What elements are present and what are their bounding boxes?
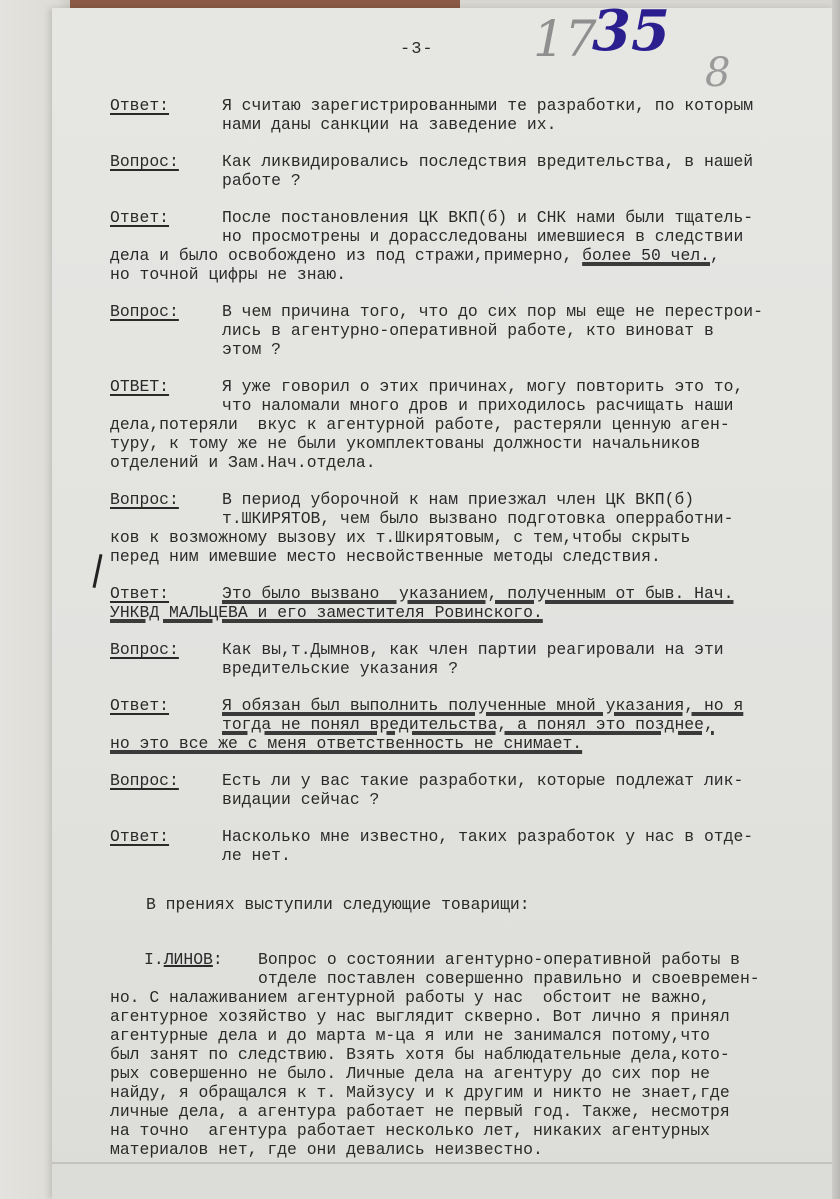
text-line: ков к возможному вызову их т.Шкирятовым,… — [110, 528, 830, 547]
qa-text: Насколько мне известно, таких разработок… — [110, 827, 830, 865]
qa-text: Есть ли у вас такие разработки, которые … — [110, 771, 830, 809]
speaker-label: Вопрос: — [110, 490, 179, 509]
qa-block: Вопрос:В чем причина того, что до сих по… — [110, 302, 830, 359]
text-line: материалов нет, где они девались неизвес… — [110, 1140, 830, 1159]
speaker-label: ОТВЕТ: — [110, 377, 169, 396]
text-line: туру, к тому же не были укомплектованы д… — [110, 434, 830, 453]
text-line: этом ? — [222, 340, 830, 359]
handwritten-pencil-folio: 17 — [533, 10, 597, 68]
speaker-text: Вопрос о состоянии агентурно-оперативной… — [110, 950, 830, 1159]
text-line: В период уборочной к нам приезжал член Ц… — [222, 490, 830, 509]
typed-transcript: Ответ:Я считаю зарегистрированными те ра… — [110, 96, 830, 1177]
qa-block: Ответ:Я обязан был выполнить полученные … — [110, 696, 830, 753]
text-line: После постановления ЦК ВКП(б) и СНК нами… — [222, 208, 830, 227]
underlined-fragment: более 50 чел. — [582, 246, 710, 265]
text-line: Есть ли у вас такие разработки, которые … — [222, 771, 830, 790]
text-line: на точно агентура работает несколько лет… — [110, 1121, 830, 1140]
text-line: Как вы,т.Дымнов, как член партии реагиро… — [222, 640, 830, 659]
speaker-heading: I.ЛИНОВ: — [144, 950, 223, 969]
text-line: Я обязан был выполнить полученные мной у… — [222, 696, 830, 715]
text-line: видации сейчас ? — [222, 790, 830, 809]
qa-block: Вопрос:Как вы,т.Дымнов, как член партии … — [110, 640, 830, 678]
text-line: Насколько мне известно, таких разработок… — [222, 827, 830, 846]
text-line: ле нет. — [222, 846, 830, 865]
text-line: но просмотрены и дорасследованы имевшиес… — [222, 227, 830, 246]
qa-block: ОТВЕТ:Я уже говорил о этих причинах, мог… — [110, 377, 830, 472]
qa-text: Как ликвидировались последствия вредител… — [110, 152, 830, 190]
page-stack-edge — [832, 0, 840, 1199]
speaker-label: Ответ: — [110, 696, 169, 715]
text-line: был занят по следствию. Взять хотя бы на… — [110, 1045, 830, 1064]
qa-text: После постановления ЦК ВКП(б) и СНК нами… — [110, 208, 830, 284]
text-line: рых совершенно не было. Личные дела на а… — [110, 1064, 830, 1083]
text-line: Как ликвидировались последствия вредител… — [222, 152, 830, 171]
handwritten-ink-folio: 35 — [592, 0, 670, 64]
text-line: отделе поставлен совершенно правильно и … — [258, 969, 830, 988]
qa-block: Вопрос:В период уборочной к нам приезжал… — [110, 490, 830, 566]
qa-text: Как вы,т.Дымнов, как член партии реагиро… — [110, 640, 830, 678]
text-line: личные дела, а агентура работает не перв… — [110, 1102, 830, 1121]
text-line: УНКВД МАЛЬЦЕВА и его заместителя Ровинск… — [110, 603, 830, 622]
text-line: Я считаю зарегистрированными те разработ… — [222, 96, 830, 115]
speaker-label: Ответ: — [110, 208, 169, 227]
qa-text: В период уборочной к нам приезжал член Ц… — [110, 490, 830, 566]
text-line: работе ? — [222, 171, 830, 190]
speaker-name: ЛИНОВ — [164, 950, 213, 969]
handwritten-corner-number: 8 — [705, 50, 730, 96]
text-line: агентурное хозяйство у нас выглядит скве… — [110, 1007, 830, 1026]
qa-text: В чем причина того, что до сих пор мы ещ… — [110, 302, 830, 359]
qa-block: Ответ:Я считаю зарегистрированными те ра… — [110, 96, 830, 134]
text-line: что наломали много дров и приходилось ра… — [222, 396, 830, 415]
text-line: нами даны санкции на заведение их. — [222, 115, 830, 134]
debate-intro: В прениях выступили следующие товарищи: — [110, 895, 830, 914]
qa-text: Я уже говорил о этих причинах, могу повт… — [110, 377, 830, 472]
speaker-label: Ответ: — [110, 584, 169, 603]
text-line: В чем причина того, что до сих пор мы ещ… — [222, 302, 830, 321]
text-line: но точной цифры не знаю. — [110, 265, 830, 284]
speaker-label: Вопрос: — [110, 302, 179, 321]
speaker-label: Вопрос: — [110, 771, 179, 790]
qa-text: Я обязан был выполнить полученные мной у… — [110, 696, 830, 753]
text-line: дела и было освобождено из под стражи,пр… — [110, 246, 830, 265]
text-line: вредительские указания ? — [222, 659, 830, 678]
text-line: т.ШКИРЯТОВ, чем было вызвано подготовка … — [222, 509, 830, 528]
text-line: но. С налаживанием агентурной работы у н… — [110, 988, 830, 1007]
speaker-block: I.ЛИНОВ:Вопрос о состоянии агентурно-опе… — [110, 950, 830, 1159]
speaker-label: Вопрос: — [110, 152, 179, 171]
text-line: дела,потеряли вкус к агентурной работе, … — [110, 415, 830, 434]
text-line: Вопрос о состоянии агентурно-оперативной… — [258, 950, 830, 969]
text-line: Я уже говорил о этих причинах, могу повт… — [222, 377, 830, 396]
speaker-label: Ответ: — [110, 96, 169, 115]
text-line: перед ним имевшие место несвойственные м… — [110, 547, 830, 566]
qa-block: Ответ:Насколько мне известно, таких разр… — [110, 827, 830, 865]
speaker-label: Ответ: — [110, 827, 169, 846]
text-line: найду, я обращался к т. Майзусу и к друг… — [110, 1083, 830, 1102]
text-line: Это было вызвано указанием, полученным о… — [222, 584, 830, 603]
text-line: лись в агентурно-оперативной работе, кто… — [222, 321, 830, 340]
qa-block: Ответ:Это было вызвано указанием, получе… — [110, 584, 830, 622]
qa-text: Я считаю зарегистрированными те разработ… — [110, 96, 830, 134]
text-line: но это все же с меня ответственность не … — [110, 734, 830, 753]
qa-block: Ответ:После постановления ЦК ВКП(б) и СН… — [110, 208, 830, 284]
speaker-label: Вопрос: — [110, 640, 179, 659]
text-line: отделений и Зам.Нач.отдела. — [110, 453, 830, 472]
text-line: тогда не понял вредительства, а понял эт… — [222, 715, 830, 734]
page-number: -3- — [400, 40, 434, 59]
qa-block: Вопрос:Как ликвидировались последствия в… — [110, 152, 830, 190]
qa-text: Это было вызвано указанием, полученным о… — [110, 584, 830, 622]
qa-block: Вопрос:Есть ли у вас такие разработки, к… — [110, 771, 830, 809]
text-line: агентурные дела и до марта м-ца я или не… — [110, 1026, 830, 1045]
